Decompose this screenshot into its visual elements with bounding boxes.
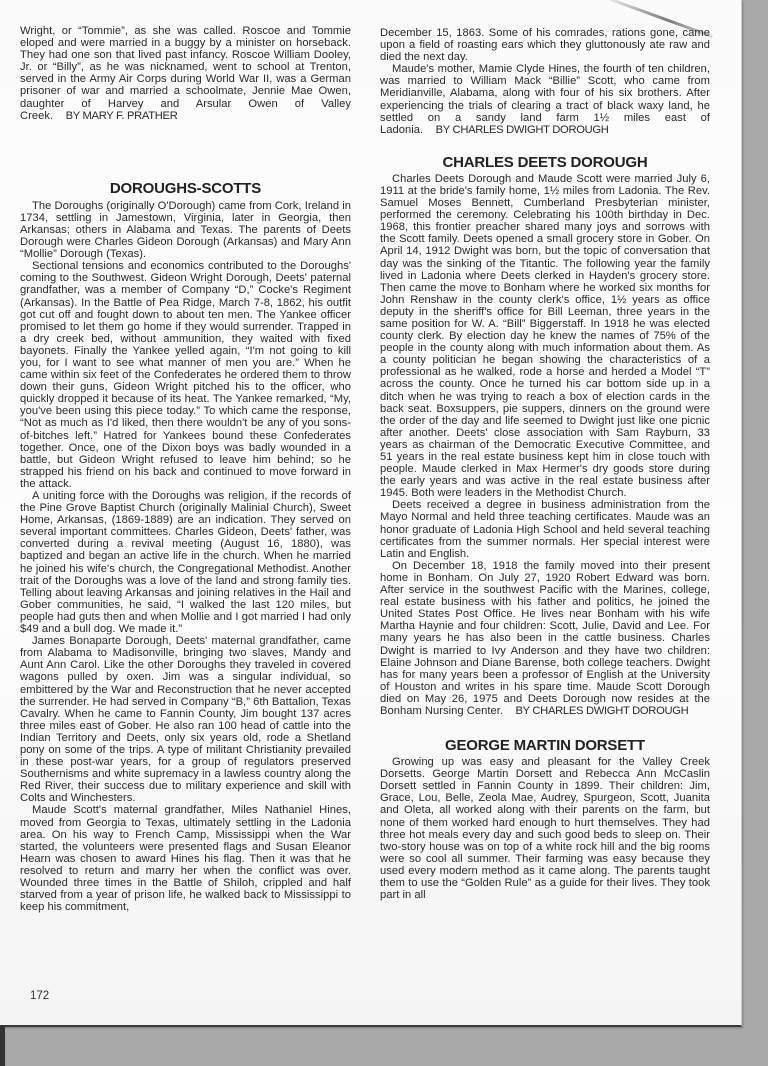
- byline: BY CHARLES DWIGHT DOROUGH: [515, 705, 688, 717]
- body-paragraph: On December 18, 1918 the family moved in…: [380, 560, 710, 717]
- section-title-doroughs-scotts: DOROUGHS-SCOTTS: [20, 180, 351, 197]
- section-title-charles-deets-dorough: CHARLES DEETS DOROUGH: [380, 154, 710, 171]
- body-paragraph: Maude Scott's maternal grandfather, Mile…: [20, 804, 351, 913]
- scan-edge-shadow: [0, 1025, 5, 1066]
- right-column: December 15, 1863. Some of his comrades,…: [380, 27, 710, 901]
- continuation-paragraph: Maude's mother, Mamie Clyde Hines, the f…: [380, 63, 710, 136]
- intro-paragraph: Wright, or “Tommie”, as she was called. …: [20, 25, 351, 122]
- book-page: Wright, or “Tommie”, as she was called. …: [0, 0, 742, 1027]
- byline: BY CHARLES DWIGHT DOROUGH: [436, 124, 609, 136]
- body-paragraph: James Bonaparte Dorough, Deets' maternal…: [20, 635, 351, 804]
- body-paragraph: Deets received a degree in business admi…: [380, 499, 710, 559]
- body-paragraph: A uniting force with the Doroughs was re…: [20, 490, 351, 635]
- left-column: Wright, or “Tommie”, as she was called. …: [20, 25, 351, 913]
- page-number: 172: [30, 990, 49, 1002]
- body-paragraph: Charles Deets Dorough and Maude Scott we…: [380, 173, 710, 500]
- byline: BY MARY F. PRATHER: [66, 110, 178, 122]
- body-paragraph: The Doroughs (originally O'Dorough) came…: [20, 200, 351, 260]
- body-paragraph: Sectional tensions and economics contrib…: [20, 260, 351, 490]
- body-paragraph: Growing up was easy and pleasant for the…: [380, 756, 710, 901]
- section-title-george-martin-dorsett: GEORGE MARTIN DORSETT: [380, 737, 710, 754]
- continuation-paragraph: December 15, 1863. Some of his comrades,…: [380, 27, 710, 63]
